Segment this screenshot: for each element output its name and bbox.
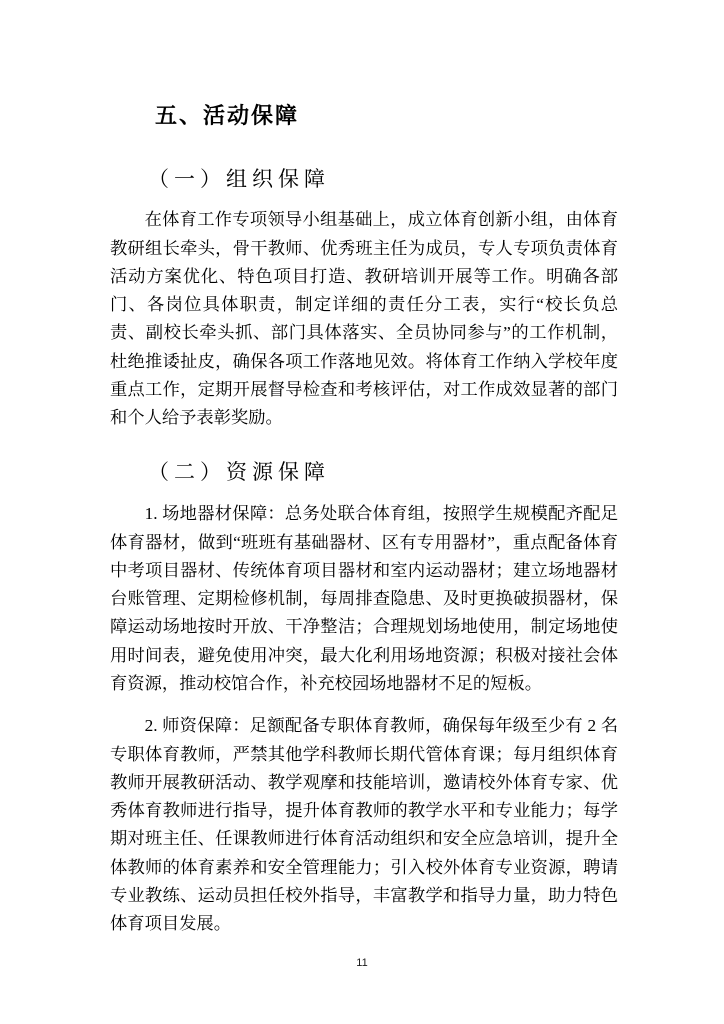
paragraph-venue-equipment-guarantee: 1. 场地器材保障：总务处联合体育组，按照学生规模配齐配足体育器材，做到“班班有…	[110, 500, 618, 698]
section-heading-organization: （一）组织保障	[148, 163, 330, 193]
section-heading-resources: （二）资源保障	[148, 456, 330, 486]
document-page: 五、活动保障 （一）组织保障 在体育工作专项领导小组基础上，成立体育创新小组，由…	[0, 0, 724, 1024]
page-number: 11	[0, 957, 724, 969]
paragraph-organization-guarantee: 在体育工作专项领导小组基础上，成立体育创新小组，由体育教研组长牵头，骨干教师、优…	[110, 206, 618, 432]
document-title: 五、活动保障	[155, 99, 299, 130]
paragraph-teacher-guarantee: 2. 师资保障：足额配备专职体育教师，确保每年级至少有 2 名专职体育教师，严禁…	[110, 712, 618, 938]
